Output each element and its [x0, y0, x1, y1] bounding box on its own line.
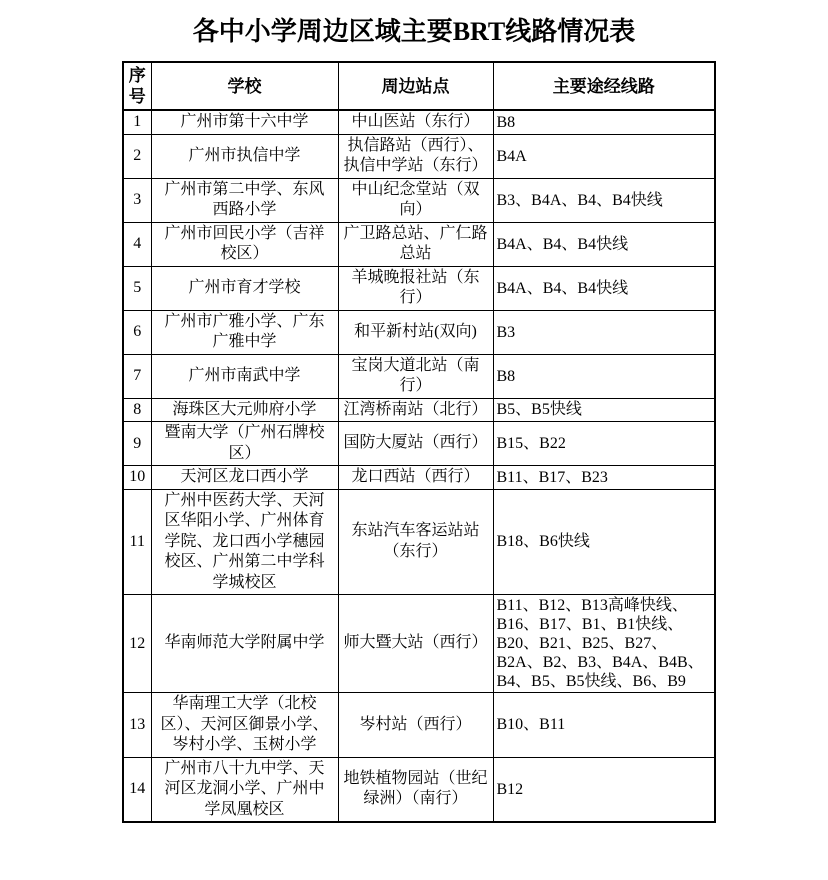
cell-routes: B18、B6快线	[493, 489, 715, 595]
table-body: 1广州市第十六中学中山医站（东行）B82广州市执信中学执信路站（西行）、执信中学…	[123, 110, 715, 822]
cell-school: 广州市广雅小学、广东广雅中学	[151, 310, 338, 354]
cell-routes: B10、B11	[493, 693, 715, 758]
cell-station: 中山纪念堂站（双向）	[338, 178, 493, 222]
cell-station: 东站汽车客运站站（东行）	[338, 489, 493, 595]
cell-routes: B3	[493, 310, 715, 354]
cell-no: 10	[123, 466, 151, 490]
cell-station: 江湾桥南站（北行）	[338, 398, 493, 422]
cell-routes: B3、B4A、B4、B4快线	[493, 178, 715, 222]
cell-no: 3	[123, 178, 151, 222]
table-row: 4广州市回民小学（吉祥校区）广卫路总站、广仁路总站B4A、B4、B4快线	[123, 222, 715, 266]
brt-routes-table: 序号 学校 周边站点 主要途经线路 1广州市第十六中学中山医站（东行）B82广州…	[122, 61, 716, 823]
cell-school: 华南师范大学附属中学	[151, 595, 338, 693]
cell-station: 师大暨大站（西行）	[338, 595, 493, 693]
table-head: 序号 学校 周边站点 主要途经线路	[123, 62, 715, 110]
cell-school: 广州市南武中学	[151, 354, 338, 398]
table-row: 5广州市育才学校羊城晚报社站（东行）B4A、B4、B4快线	[123, 266, 715, 310]
cell-no: 8	[123, 398, 151, 422]
table-row: 1广州市第十六中学中山医站（东行）B8	[123, 110, 715, 134]
cell-station: 国防大厦站（西行）	[338, 422, 493, 466]
cell-school: 广州市执信中学	[151, 134, 338, 178]
cell-no: 14	[123, 757, 151, 822]
cell-station: 中山医站（东行）	[338, 110, 493, 134]
table-row: 6广州市广雅小学、广东广雅中学和平新村站(双向)B3	[123, 310, 715, 354]
cell-school: 暨南大学（广州石牌校区）	[151, 422, 338, 466]
table-row: 13华南理工大学（北校区）、天河区御景小学、岑村小学、玉树小学岑村站（西行）B1…	[123, 693, 715, 758]
cell-station: 执信路站（西行）、执信中学站（东行）	[338, 134, 493, 178]
cell-station: 宝岗大道北站（南行）	[338, 354, 493, 398]
cell-routes: B4A、B4、B4快线	[493, 222, 715, 266]
table-row: 12华南师范大学附属中学师大暨大站（西行）B11、B12、B13高峰快线、B16…	[123, 595, 715, 693]
header-cell-no: 序号	[123, 62, 151, 110]
cell-school: 海珠区大元帅府小学	[151, 398, 338, 422]
table-row: 14广州市八十九中学、天河区龙洞小学、广州中学凤凰校区地铁植物园站（世纪绿洲）（…	[123, 757, 715, 822]
cell-no: 9	[123, 422, 151, 466]
cell-school: 广州市育才学校	[151, 266, 338, 310]
cell-school: 广州市回民小学（吉祥校区）	[151, 222, 338, 266]
cell-no: 1	[123, 110, 151, 134]
cell-school: 天河区龙口西小学	[151, 466, 338, 490]
cell-routes: B11、B12、B13高峰快线、B16、B17、B1、B1快线、B20、B21、…	[493, 595, 715, 693]
cell-station: 岑村站（西行）	[338, 693, 493, 758]
cell-routes: B11、B17、B23	[493, 466, 715, 490]
cell-routes: B12	[493, 757, 715, 822]
cell-no: 5	[123, 266, 151, 310]
cell-school: 广州中医药大学、天河区华阳小学、广州体育学院、龙口西小学穗园校区、广州第二中学科…	[151, 489, 338, 595]
header-row: 序号 学校 周边站点 主要途经线路	[123, 62, 715, 110]
table-row: 7广州市南武中学宝岗大道北站（南行）B8	[123, 354, 715, 398]
cell-no: 4	[123, 222, 151, 266]
cell-routes: B8	[493, 110, 715, 134]
cell-routes: B5、B5快线	[493, 398, 715, 422]
header-cell-school: 学校	[151, 62, 338, 110]
cell-no: 7	[123, 354, 151, 398]
table-row: 3广州市第二中学、东风西路小学中山纪念堂站（双向）B3、B4A、B4、B4快线	[123, 178, 715, 222]
cell-no: 12	[123, 595, 151, 693]
cell-no: 13	[123, 693, 151, 758]
cell-station: 和平新村站(双向)	[338, 310, 493, 354]
cell-station: 广卫路总站、广仁路总站	[338, 222, 493, 266]
header-cell-routes: 主要途经线路	[493, 62, 715, 110]
cell-no: 2	[123, 134, 151, 178]
table-row: 8海珠区大元帅府小学江湾桥南站（北行）B5、B5快线	[123, 398, 715, 422]
document-page: 各中小学周边区域主要BRT线路情况表 序号 学校 周边站点 主要途经线路 1广州…	[0, 0, 828, 880]
cell-school: 广州市八十九中学、天河区龙洞小学、广州中学凤凰校区	[151, 757, 338, 822]
cell-school: 广州市第十六中学	[151, 110, 338, 134]
cell-school: 华南理工大学（北校区）、天河区御景小学、岑村小学、玉树小学	[151, 693, 338, 758]
table-row: 9暨南大学（广州石牌校区）国防大厦站（西行）B15、B22	[123, 422, 715, 466]
table-row: 10天河区龙口西小学龙口西站（西行）B11、B17、B23	[123, 466, 715, 490]
cell-no: 6	[123, 310, 151, 354]
cell-station: 龙口西站（西行）	[338, 466, 493, 490]
header-cell-station: 周边站点	[338, 62, 493, 110]
page-title: 各中小学周边区域主要BRT线路情况表	[0, 0, 828, 48]
table-row: 2广州市执信中学执信路站（西行）、执信中学站（东行）B4A	[123, 134, 715, 178]
cell-station: 羊城晚报社站（东行）	[338, 266, 493, 310]
cell-no: 11	[123, 489, 151, 595]
cell-routes: B8	[493, 354, 715, 398]
cell-routes: B4A	[493, 134, 715, 178]
cell-station: 地铁植物园站（世纪绿洲）（南行）	[338, 757, 493, 822]
table-row: 11广州中医药大学、天河区华阳小学、广州体育学院、龙口西小学穗园校区、广州第二中…	[123, 489, 715, 595]
cell-school: 广州市第二中学、东风西路小学	[151, 178, 338, 222]
cell-routes: B4A、B4、B4快线	[493, 266, 715, 310]
cell-routes: B15、B22	[493, 422, 715, 466]
